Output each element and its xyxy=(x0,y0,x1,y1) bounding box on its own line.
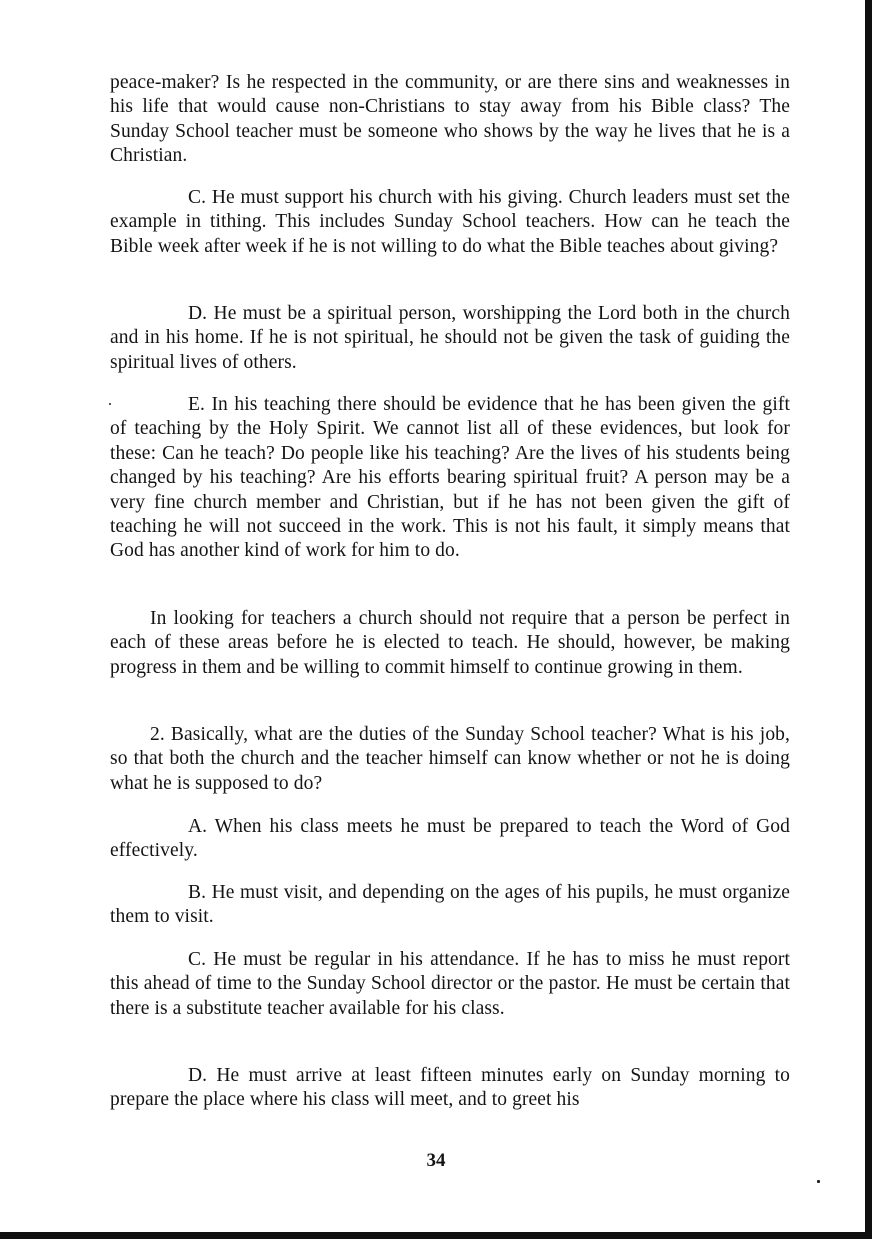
scan-speck xyxy=(109,403,111,405)
paragraph-item-2d: D. He must arrive at least fifteen minut… xyxy=(110,1064,790,1113)
paragraph-text: C. He must be regular in his attendance.… xyxy=(110,948,790,1021)
paragraph-text: In looking for teachers a church should … xyxy=(110,607,790,680)
paragraph-item-1e: E. In his teaching there should be evide… xyxy=(110,393,790,564)
scanned-page: peace-maker? Is he respected in the comm… xyxy=(0,0,872,1239)
paragraph-question-2: 2. Basically, what are the duties of the… xyxy=(110,723,790,796)
paragraph-text: A. When his class meets he must be prepa… xyxy=(110,815,790,864)
paragraph-text: D. He must be a spiritual person, worshi… xyxy=(110,302,790,375)
paragraph-text: E. In his teaching there should be evide… xyxy=(110,393,790,564)
scan-speck xyxy=(817,1180,820,1183)
page-number: 34 xyxy=(0,1150,872,1172)
scan-edge-bottom xyxy=(0,1232,872,1239)
paragraph-summary: In looking for teachers a church should … xyxy=(110,607,790,680)
paragraph-item-1c: C. He must support his church with his g… xyxy=(110,186,790,259)
paragraph-item-2b: B. He must visit, and depending on the a… xyxy=(110,881,790,930)
scan-edge-right xyxy=(865,0,872,1239)
paragraph-item-2a: A. When his class meets he must be prepa… xyxy=(110,815,790,864)
paragraph-item-1d: D. He must be a spiritual person, worshi… xyxy=(110,302,790,375)
paragraph-text: C. He must support his church with his g… xyxy=(110,186,790,259)
paragraph-item-2c: C. He must be regular in his attendance.… xyxy=(110,948,790,1021)
paragraph-text: 2. Basically, what are the duties of the… xyxy=(110,723,790,796)
paragraph-continuation: peace-maker? Is he respected in the comm… xyxy=(110,71,790,169)
paragraph-text: peace-maker? Is he respected in the comm… xyxy=(110,71,790,169)
paragraph-text: B. He must visit, and depending on the a… xyxy=(110,881,790,930)
paragraph-text: D. He must arrive at least fifteen minut… xyxy=(110,1064,790,1113)
